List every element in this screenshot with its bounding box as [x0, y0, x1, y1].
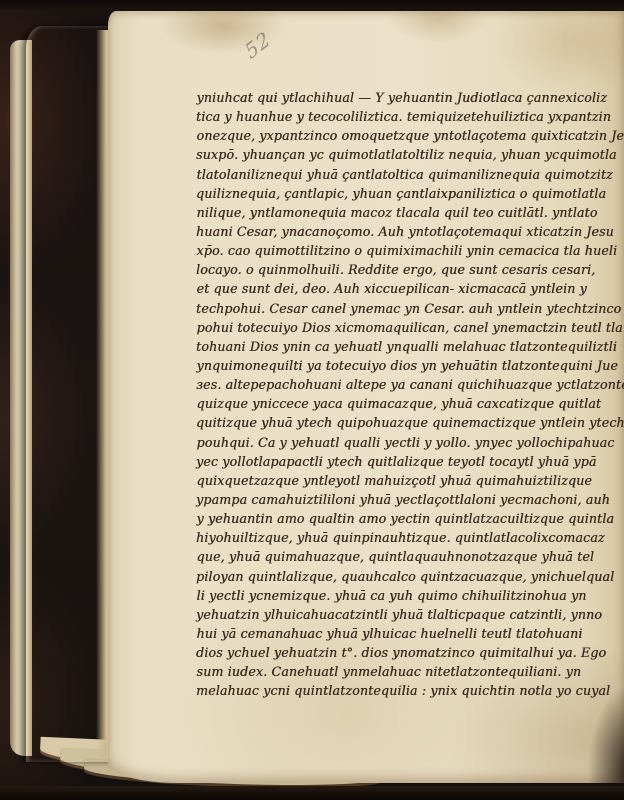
manuscript-line: y yehuantin amo qualtin amo yectin quint…: [197, 509, 613, 528]
manuscript-line: li yectli ycnemizque. yhuā ca yuh quimo …: [197, 586, 613, 605]
manuscript-line: nilique, yntlamonequia macoz tlacala qui…: [197, 203, 613, 222]
manuscript-line: tohuani Dios ynin ca yehuatl ynqualli me…: [196, 337, 612, 356]
manuscript-line: ynquimonequilti ya totecuiyo dios yn yeh…: [197, 356, 613, 375]
manuscript-line: xp̄o. cao quimottilitzino o quimiximachi…: [197, 241, 613, 260]
manuscript-line: hiyohuiltizque, yhuā quinpinauhtizque. q…: [196, 528, 612, 547]
manuscript-line: quiliznequia, çantlapic, yhuan çantlaixp…: [196, 184, 612, 203]
manuscript-line: onezque, yxpantzinco omoquetzque yntotla…: [197, 126, 613, 145]
manuscript-line: quizque yniccece yaca quimacazque, yhuā …: [197, 394, 613, 413]
manuscript-line: зes. altepepachohuani altepe ya canani q…: [196, 375, 612, 394]
manuscript-line: hui yā cemanahuac yhuā ylhuicac huelnell…: [197, 624, 613, 643]
manuscript-photo: 52 yniuhcat qui ytlachihual — Y yehuanti…: [0, 0, 624, 800]
manuscript-line: piloyan quintlalizque, quauhcalco quintz…: [196, 567, 612, 586]
manuscript-line: dios ychuel yehuatzin t°. dios ynomatzin…: [196, 643, 612, 662]
manuscript-line: locayo. o quinmolhuili. Reddite ergo, qu…: [196, 260, 612, 279]
manuscript-line: melahuac ycni quintlatzontequilia : ynix…: [196, 681, 612, 700]
manuscript-line: techpohui. Cesar canel ynemac yn Cesar. …: [196, 299, 612, 318]
manuscript-line: suxpō. yhuançan yc quimotlatlatoltiliz n…: [196, 145, 612, 164]
corner-shadow: [584, 656, 624, 786]
manuscript-line: sum iudex. Canehuatl ynmelahuac nitetlat…: [197, 662, 613, 681]
photo-bottom-border: [0, 786, 624, 800]
photo-top-border: [0, 0, 624, 10]
manuscript-line: et que sunt dei, deo. Auh xiccuepilican-…: [197, 279, 613, 298]
manuscript-line: quitizque yhuā ytech quipohuazque quinem…: [196, 413, 612, 432]
manuscript-line: tica y huanhue y tecocoliliztica. temiqu…: [196, 107, 612, 126]
manuscript-line: tlatolaniliznequi yhuā çantlatoltica qui…: [197, 165, 613, 184]
manuscript-line: yehuatzin ylhuicahuacatzintli yhuā tlalt…: [196, 605, 612, 624]
manuscript-line: que, yhuā quimahuazque, quintlaquauhnono…: [197, 547, 613, 566]
manuscript-text-block: yniuhcat qui ytlachihual — Y yehuantin J…: [196, 88, 612, 701]
manuscript-line: pouhqui. Ca y yehuatl qualli yectli y yo…: [197, 433, 613, 452]
manuscript-line: pohui totecuiyo Dios xicmomaquilican, ca…: [197, 318, 613, 337]
manuscript-line: huani Cesar, ynacanoçomo. Auh yntotlaçot…: [196, 222, 612, 241]
manuscript-line: quixquetzazque yntleyotl mahuizçotl yhuā…: [197, 471, 613, 490]
folio-number: 52: [241, 26, 275, 64]
manuscript-line: yec yollotlapapactli ytech quitlalizque …: [196, 452, 612, 471]
manuscript-line: ypampa camahuiztililoni yhuā yectlaçottl…: [196, 490, 612, 509]
manuscript-line: yniuhcat qui ytlachihual — Y yehuantin J…: [197, 88, 613, 107]
